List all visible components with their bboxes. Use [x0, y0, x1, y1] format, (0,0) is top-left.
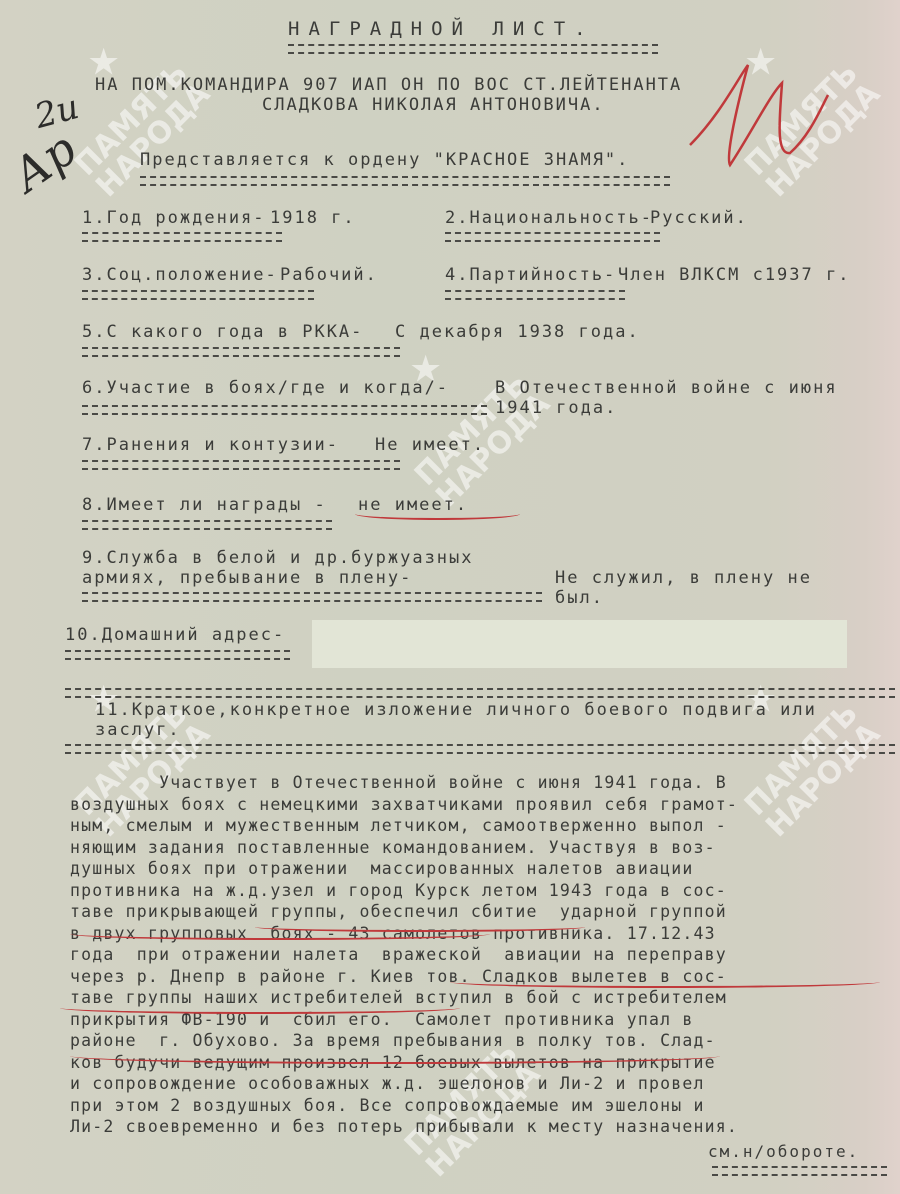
field-5-label: 5.С какого года в РККА-: [82, 322, 363, 342]
narrative-line: воздушных боях с немецкими захватчиками …: [70, 794, 890, 816]
red-underline: [355, 508, 520, 520]
field-2-value: Русский.: [650, 208, 748, 228]
narrative-line: Участвует в Отечественной войне с июня 1…: [70, 772, 890, 794]
field-3-label: 3.Соц.положение-: [82, 265, 278, 285]
footer-underline: [712, 1166, 887, 1176]
narrative-line: противника на ж.д.узел и город Курск лет…: [70, 880, 890, 902]
field-4-label: 4.Партийность-: [445, 265, 616, 285]
address-redaction: [312, 620, 847, 668]
header-line-2: СЛАДКОВА НИКОЛАЯ АНТОНОВИЧА.: [262, 95, 605, 115]
field-6-value: В Отечественной войне с июня 1941 года.: [495, 378, 865, 418]
field-8-label: 8.Имеет ли награды -: [82, 495, 327, 515]
field-1-value: 1918 г.: [270, 208, 356, 228]
title-underline: [288, 44, 658, 54]
field-4-underline: [445, 290, 625, 300]
footer-see-reverse: см.н/обороте.: [708, 1142, 859, 1161]
narrative-text: Участвует в Отечественной войне с июня 1…: [70, 772, 890, 1138]
field-5-underline: [82, 347, 400, 357]
field-9-underline: [82, 592, 542, 602]
section-divider: [65, 744, 895, 754]
narrative-line: няющим задания поставленные командование…: [70, 837, 890, 859]
narrative-line: Ли-2 своевременно и без потерь прибывали…: [70, 1116, 890, 1138]
field-8-underline: [82, 520, 332, 530]
red-pencil-mark-icon: [670, 55, 840, 175]
field-7-label: 7.Ранения и контузии-: [82, 435, 339, 455]
narrative-line: ным, смелым и мужественным летчиком, сам…: [70, 815, 890, 837]
section-11-title: 11.Краткое,конкретное изложение личного …: [95, 700, 855, 740]
narrative-line: и сопровождение особоважных ж.д. эшелоно…: [70, 1073, 890, 1095]
field-7-underline: [82, 460, 400, 470]
field-3-underline: [82, 290, 314, 300]
section-divider: [65, 688, 895, 698]
narrative-line: душных боях при отражении массированных …: [70, 858, 890, 880]
field-7-value: Не имеет.: [375, 435, 485, 455]
field-1-underline: [82, 232, 282, 242]
field-10-label: 10.Домашний адрес-: [65, 625, 285, 645]
red-underline: [70, 1048, 720, 1064]
handwritten-initials: Ар: [2, 121, 86, 202]
header-line-1: НА ПОМ.КОМАНДИРА 907 ИАП ОН ПО ВОС СТ.ЛЕ…: [95, 75, 682, 95]
field-10-underline: [65, 650, 290, 660]
red-underline: [60, 1002, 460, 1014]
narrative-line: при этом 2 воздушных боя. Все сопровожда…: [70, 1095, 890, 1117]
field-2-underline: [445, 232, 660, 242]
narrative-line: года при отражении налета вражеской авиа…: [70, 944, 890, 966]
red-underline: [450, 976, 880, 988]
nomination-underline: [140, 176, 670, 186]
red-underline: [70, 928, 490, 940]
field-1-label: 1.Год рождения-: [82, 208, 266, 228]
field-2-label: 2.Национальность-: [445, 208, 653, 228]
field-9-label: 9.Служба в белой и др.буржуазных армиях,…: [82, 548, 562, 588]
document-title: НАГРАДНОЙ ЛИСТ.: [288, 18, 595, 40]
field-3-value: Рабочий.: [280, 265, 378, 285]
field-5-value: С декабря 1938 года.: [395, 322, 640, 342]
field-6-label: 6.Участие в боях/где и когда/-: [82, 378, 449, 398]
field-4-value: Член ВЛКСМ с1937 г.: [618, 265, 850, 285]
narrative-line: таве прикрывающей группы, обеспечил сбит…: [70, 901, 890, 923]
field-6-underline: [82, 405, 487, 415]
field-9-value: Не служил, в плену не был.: [555, 568, 855, 608]
nomination-text: Представляется к ордену "КРАСНОЕ ЗНАМЯ".: [140, 150, 629, 170]
